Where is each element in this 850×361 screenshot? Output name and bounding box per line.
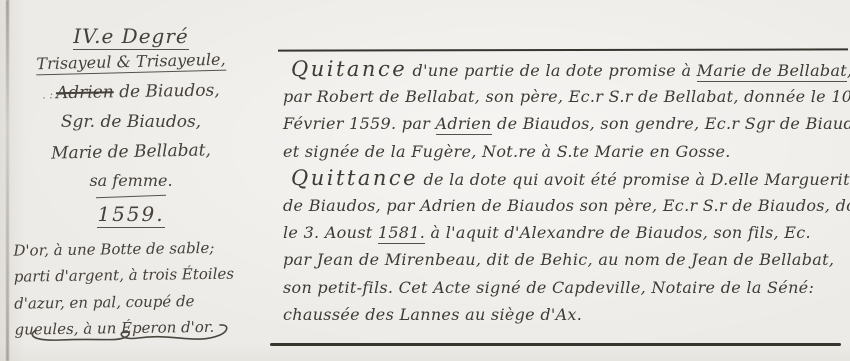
para2-line4: par Jean de Mirenbeau, dit de Behic, au … xyxy=(283,246,849,273)
para1-line1: Quitance d'une partie de la dote promise… xyxy=(283,56,849,83)
para2-line6: chaussée des Lannes au siège d'Ax. xyxy=(283,301,849,328)
page-fold-line xyxy=(6,0,9,361)
pen-flourish xyxy=(26,320,238,350)
reference-mark: . : xyxy=(42,88,53,101)
para1-underlined-name: Marie de Bellabat xyxy=(697,61,847,82)
ancestor-name-line: . :Adrien de Biaudos, xyxy=(12,80,250,104)
bottom-rule xyxy=(270,343,841,346)
para1-line3: Février 1559. par Adrien de Biaudos, son… xyxy=(283,110,849,137)
year-line: 1559. xyxy=(12,202,250,226)
relation-heading: Trisayeul & Trisayeule, xyxy=(12,49,250,74)
para2-line3-pre: le 3. Aoust xyxy=(283,223,378,242)
wife-role-line: sa femme. xyxy=(12,171,250,190)
para1-line2: par Robert de Bellabat, son père, Ec.r S… xyxy=(283,83,849,110)
para2-line3-post: à l'aquit d'Alexandre de Biaudos, son fi… xyxy=(425,223,811,242)
seigneur-line: Sgr. de Biaudos, xyxy=(12,112,250,132)
para2-line1-text: de la dote qui avoit été promise à D.ell… xyxy=(418,170,850,189)
para1-line4: et signée de la Fugère, Not.re à S.te Ma… xyxy=(283,138,849,165)
top-rule xyxy=(278,48,848,51)
ancestor-first-name-struck: Adrien xyxy=(56,82,114,103)
para2-lead-word: Quittance xyxy=(291,166,418,190)
para2-line2: de Biaudos, par Adrien de Biaudos son pè… xyxy=(283,192,849,219)
manuscript-page: IV.e Degré Trisayeul & Trisayeule, . :Ad… xyxy=(0,0,850,361)
para2-line3: le 3. Aoust 1581. à l'aquit d'Alexandre … xyxy=(283,219,849,246)
separator-dash xyxy=(96,195,166,198)
para2-line1: Quittance de la dote qui avoit été promi… xyxy=(283,165,849,192)
blazon-line-3: d'azur, en pal, coupé de xyxy=(14,287,252,317)
para1-underlined-adrien: Adrien xyxy=(436,114,492,135)
para2-line5: son petit-fils. Cet Acte signé de Capdev… xyxy=(283,274,849,301)
para1-line3-post: de Biaudos, son gendre, Ec.r Sgr de Biau… xyxy=(492,114,850,133)
year-value: 1559. xyxy=(97,202,164,228)
degree-heading: IV.e Degré xyxy=(12,24,250,48)
para1-line3-pre: Février 1559. par xyxy=(283,114,436,133)
blazon-line-2: parti d'argent, à trois Étoiles xyxy=(14,261,252,291)
para1-line1-text: d'une partie de la dote promise à xyxy=(407,61,697,80)
blazon-line-1: D'or, à une Botte de sable; xyxy=(13,234,251,264)
para2-underlined-year: 1581. xyxy=(378,223,425,244)
degree-title: IV.e Degré xyxy=(73,24,188,50)
wife-name-line: Marie de Bellabat, xyxy=(12,140,250,165)
ancestor-family-name: de Biaudos, xyxy=(114,80,220,102)
main-text-block: Quitance d'une partie de la dote promise… xyxy=(283,56,849,328)
relation-label: Trisayeul & Trisayeule, xyxy=(36,50,226,76)
para1-lead-word: Quitance xyxy=(291,57,407,81)
